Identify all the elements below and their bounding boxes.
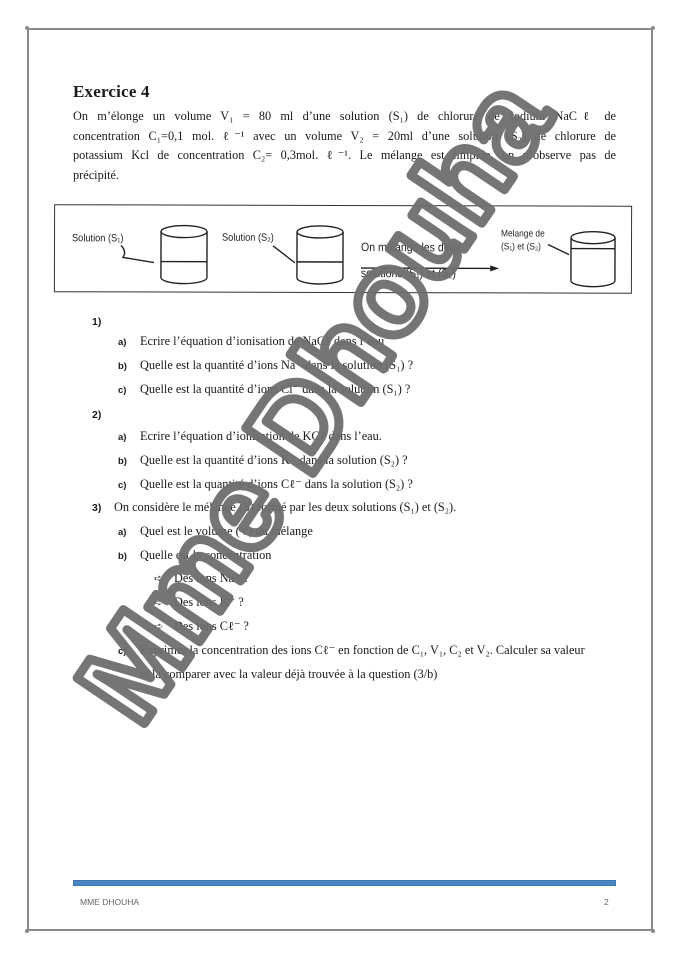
intro-line: potassium Kcl de concentration C₂= 0,3mo… [73,146,616,166]
exercise-title: Exercice 4 [73,82,150,102]
intro-line: concentration C₁=0,1 mol. ℓ⁻¹ avec un vo… [73,127,616,147]
question-text: Ecrire l’équation d’ionisation de KCℓ da… [140,429,382,443]
question-text: Quelle est la concentration [140,548,271,562]
intro-line: On m’élonge un volume V₁ = 80 ml d’une s… [73,107,616,127]
question-letter: c) [118,385,140,396]
exercise-intro: On m’élonge un volume V₁ = 80 ml d’une s… [73,107,616,185]
label-solution-s1: Solution (S₁) [72,232,123,244]
question-letter: a) [118,337,140,348]
arrow-bullet-icon: ➪ [154,572,174,585]
label-mixture-line2: (S₁) et (S₂) [501,241,541,252]
beakers-illustration [55,205,633,295]
question-1-number: 1) [92,316,101,328]
page-corner-mark [651,929,655,933]
question-letter: b) [118,456,140,467]
question-3-number: 3) [92,502,114,514]
question-letter: c) [118,480,140,491]
footer-author: MME DHOUHA [80,897,139,907]
question-2-number: 2) [92,409,101,421]
label-mixture-line1: Melange de [501,228,545,239]
question-letter: b) [118,361,140,372]
bullet-text: Des ions K⁺ ? [174,595,244,609]
bullet-item: ➪Des ions Cℓ⁻ ? [154,619,249,634]
mixing-diagram: Solution (S₁) Solution (S₂) On mélange l… [54,204,632,294]
question-text: Quelle est la quantité d’ions K⁺ dans la… [140,453,408,467]
arrow-label-bottom: solutions (S₁) et (S₂) [361,266,456,280]
beaker-s2-icon [273,226,343,284]
question-text: Quel est le volume (V) du mélange [140,524,313,538]
question-3c-continued: et la comparer avec la valeur déjà trouv… [140,667,437,682]
question-1b: b)Quelle est la quantité d’ions Na⁺ dans… [118,358,413,373]
question-text: Quelle est la quantité d’ions Cℓ⁻ dans l… [140,477,413,491]
page-corner-mark [651,26,655,30]
question-2c: c)Quelle est la quantité d’ions Cℓ⁻ dans… [118,477,413,492]
footer-bar [73,880,616,886]
question-letter: b) [118,551,140,562]
question-1a: a)Ecrire l’équation d’ionisation de NaCℓ… [118,334,384,349]
bullet-item: ➪Des ions Na⁺ ? [154,571,249,586]
bullet-item: ➪Des ions K⁺ ? [154,595,244,610]
question-text: Ecrire l’équation d’ionisation de NaCℓ d… [140,334,384,348]
question-3c: c)Exprimer la concentration des ions Cℓ⁻… [118,643,585,658]
question-2a: a)Ecrire l’équation d’ionisation de KCℓ … [118,429,382,444]
arrow-bullet-icon: ➪ [154,596,174,609]
question-text: Exprimer la concentration des ions Cℓ⁻ e… [140,643,585,657]
question-2b: b)Quelle est la quantité d’ions K⁺ dans … [118,453,408,468]
question-3: 3)On considère le mélange (S) formé par … [92,500,456,515]
question-3a: a)Quel est le volume (V) du mélange [118,524,313,539]
footer-page-number: 2 [604,897,609,907]
page-corner-mark [25,929,29,933]
arrow-label-top: On mélange les deux [361,240,461,254]
beaker-s1-icon [121,225,207,283]
bullet-text: Des ions Cℓ⁻ ? [174,619,249,633]
beaker-mixture-icon [548,232,615,287]
page-corner-mark [25,26,29,30]
question-text: Quelle est la quantité d’ions Cl⁻ dans l… [140,382,410,396]
arrow-bullet-icon: ➪ [154,620,174,633]
label-solution-s2: Solution (S₂) [222,232,274,244]
question-letter: a) [118,527,140,538]
question-letter: c) [118,646,140,657]
question-text: Quelle est la quantité d’ions Na⁺ dans l… [140,358,413,372]
question-3b: b)Quelle est la concentration [118,548,271,563]
intro-line: précipité. [73,166,616,186]
bullet-text: Des ions Na⁺ ? [174,571,249,585]
question-1c: c)Quelle est la quantité d’ions Cl⁻ dans… [118,382,410,397]
question-text: On considère le mélange (S) formé par le… [114,500,456,514]
question-letter: a) [118,432,140,443]
